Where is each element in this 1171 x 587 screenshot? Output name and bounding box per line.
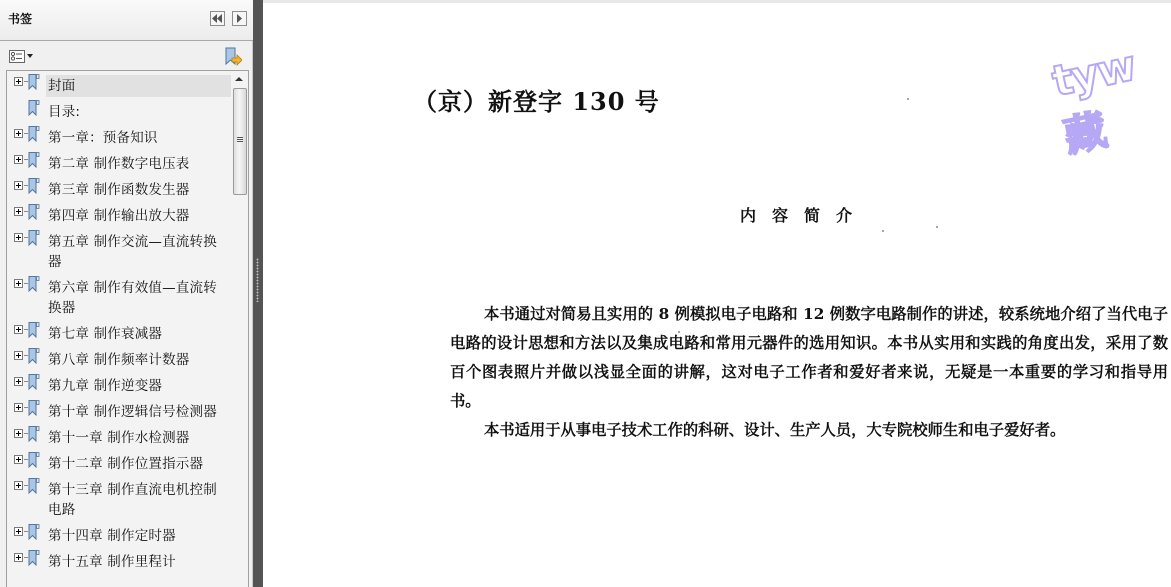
bookmark-scrollbar[interactable] — [232, 71, 248, 587]
expand-icon[interactable] — [14, 181, 23, 190]
bookmarks-toolbar — [0, 42, 253, 70]
expand-icon[interactable] — [14, 325, 23, 334]
bookmark-icon — [28, 452, 40, 468]
panel-splitter[interactable] — [253, 0, 263, 587]
bookmark-icon — [28, 230, 40, 246]
bookmark-label: 第十二章 制作位置指示器 — [46, 453, 231, 475]
expand-icon[interactable] — [14, 77, 23, 86]
bookmark-label: 第八章 制作频率计数器 — [46, 349, 231, 371]
expand-panel-button[interactable] — [232, 11, 247, 26]
bookmark-item[interactable]: 第九章 制作逆变器 — [7, 371, 233, 397]
bookmark-label: 第九章 制作逆变器 — [46, 375, 231, 397]
splitter-grip-icon — [256, 258, 259, 302]
bookmark-icon — [28, 100, 40, 116]
audience-paragraph: 本书适用于从事电子技术工作的科研、设计、生产人员，大专院校师生和电子爱好者。 — [450, 416, 1168, 445]
expand-icon[interactable] — [14, 155, 23, 164]
right-arrow-icon — [236, 14, 243, 23]
summary-paragraph: 本书通过对简易且实用的 8 例模拟电子电路和 12 例数字电路制作的讲述，较系统… — [450, 300, 1168, 416]
bookmark-label: 第五章 制作交流—直流转换器 — [46, 231, 231, 273]
bookmark-icon — [28, 322, 40, 338]
panel-title: 书签 — [8, 10, 32, 27]
bookmark-icon — [28, 426, 40, 442]
bookmark-item[interactable]: 封面 — [7, 71, 233, 97]
new-bookmark-button[interactable] — [224, 47, 242, 65]
scan-speck — [907, 98, 909, 100]
bookmark-label: 第十五章 制作里程计 — [46, 551, 231, 573]
content-summary: 本书通过对简易且实用的 8 例模拟电子电路和 12 例数字电路制作的讲述，较系统… — [450, 300, 1168, 445]
bookmark-options-button[interactable] — [9, 49, 33, 63]
bookmark-icon — [28, 276, 40, 292]
bookmark-icon — [28, 152, 40, 168]
expand-icon[interactable] — [14, 233, 23, 242]
bookmark-label: 第二章 制作数字电压表 — [46, 153, 231, 175]
bookmark-item[interactable]: 第十二章 制作位置指示器 — [7, 449, 233, 475]
expand-icon[interactable] — [14, 455, 23, 464]
bookmark-label: 第一章：预备知识 — [46, 127, 231, 149]
expand-icon[interactable] — [14, 279, 23, 288]
new-bookmark-icon — [224, 47, 242, 67]
bookmark-label: 第四章 制作输出放大器 — [46, 205, 231, 227]
bookmark-item[interactable]: 第十四章 制作定时器 — [7, 521, 233, 547]
bookmark-item[interactable]: 第八章 制作频率计数器 — [7, 345, 233, 371]
expand-icon[interactable] — [14, 207, 23, 216]
bookmark-item[interactable]: 第四章 制作输出放大器 — [7, 201, 233, 227]
bookmark-item[interactable]: 目录: — [7, 97, 233, 123]
bookmark-item[interactable]: 第二章 制作数字电压表 — [7, 149, 233, 175]
bookmark-item[interactable]: 第一章：预备知识 — [7, 123, 233, 149]
bookmark-item[interactable]: 第三章 制作函数发生器 — [7, 175, 233, 201]
bookmark-item[interactable]: 第五章 制作交流—直流转换器 — [7, 227, 233, 273]
bookmark-item[interactable]: 第七章 制作衰减器 — [7, 319, 233, 345]
expand-icon[interactable] — [14, 481, 23, 490]
scroll-up-arrow-icon[interactable] — [235, 77, 243, 81]
bookmark-icon — [28, 74, 40, 90]
bookmarks-panel: 书签 — [0, 0, 253, 587]
expand-icon[interactable] — [14, 527, 23, 536]
list-options-icon — [9, 50, 25, 63]
bookmark-icon — [28, 178, 40, 194]
bookmark-label: 目录: — [46, 101, 231, 123]
bookmark-label: 第十三章 制作直流电机控制电路 — [46, 479, 231, 521]
expand-icon[interactable] — [14, 351, 23, 360]
scan-speck — [882, 230, 884, 232]
watermark: tyw藏 — [1048, 34, 1171, 164]
bookmark-item[interactable]: 第十一章 制作水检测器 — [7, 423, 233, 449]
bookmark-label: 第六章 制作有效值—直流转换器 — [46, 277, 231, 319]
bookmarks-panel-header: 书签 — [0, 0, 253, 41]
bookmark-list: 封面目录:第一章：预备知识第二章 制作数字电压表第三章 制作函数发生器第四章 制… — [7, 71, 233, 573]
bookmark-label: 第十章 制作逻辑信号检测器 — [46, 401, 231, 423]
expand-icon[interactable] — [14, 403, 23, 412]
bookmark-label: 封面 — [46, 75, 231, 97]
bookmark-item[interactable]: 第十章 制作逻辑信号检测器 — [7, 397, 233, 423]
bookmark-icon — [28, 524, 40, 540]
bookmark-label: 第三章 制作函数发生器 — [46, 179, 231, 201]
bookmark-icon — [28, 204, 40, 220]
expand-icon[interactable] — [14, 377, 23, 386]
collapse-panel-button[interactable] — [210, 11, 225, 26]
expand-icon[interactable] — [14, 553, 23, 562]
bookmark-item[interactable]: 第十三章 制作直流电机控制电路 — [7, 475, 233, 521]
scan-speck — [936, 226, 938, 228]
bookmark-item[interactable]: 第十五章 制作里程计 — [7, 547, 233, 573]
document-page: （京）新登字 130 号 tyw藏 内容简介 本书通过对简易且实用的 8 例模拟… — [263, 0, 1171, 587]
bookmark-label: 第十一章 制作水检测器 — [46, 427, 231, 449]
bookmark-icon — [28, 348, 40, 364]
page-edge — [263, 0, 1171, 3]
scan-speck — [678, 331, 680, 333]
bookmark-icon — [28, 400, 40, 416]
expand-icon[interactable] — [14, 129, 23, 138]
scrollbar-thumb[interactable] — [233, 88, 247, 195]
chevron-down-icon — [27, 54, 33, 58]
bookmark-label: 第十四章 制作定时器 — [46, 525, 231, 547]
registration-number: （京）新登字 130 号 — [413, 82, 660, 117]
bookmark-tree: 封面目录:第一章：预备知识第二章 制作数字电压表第三章 制作函数发生器第四章 制… — [6, 70, 249, 587]
bookmark-label: 第七章 制作衰减器 — [46, 323, 231, 345]
double-left-arrow-icon — [212, 14, 223, 23]
expand-icon[interactable] — [14, 429, 23, 438]
bookmark-icon — [28, 550, 40, 566]
bookmark-icon — [28, 126, 40, 142]
bookmark-item[interactable]: 第六章 制作有效值—直流转换器 — [7, 273, 233, 319]
grip-icon — [237, 137, 243, 138]
section-title: 内容简介 — [740, 203, 868, 226]
bookmark-icon — [28, 374, 40, 390]
bookmark-icon — [28, 478, 40, 494]
